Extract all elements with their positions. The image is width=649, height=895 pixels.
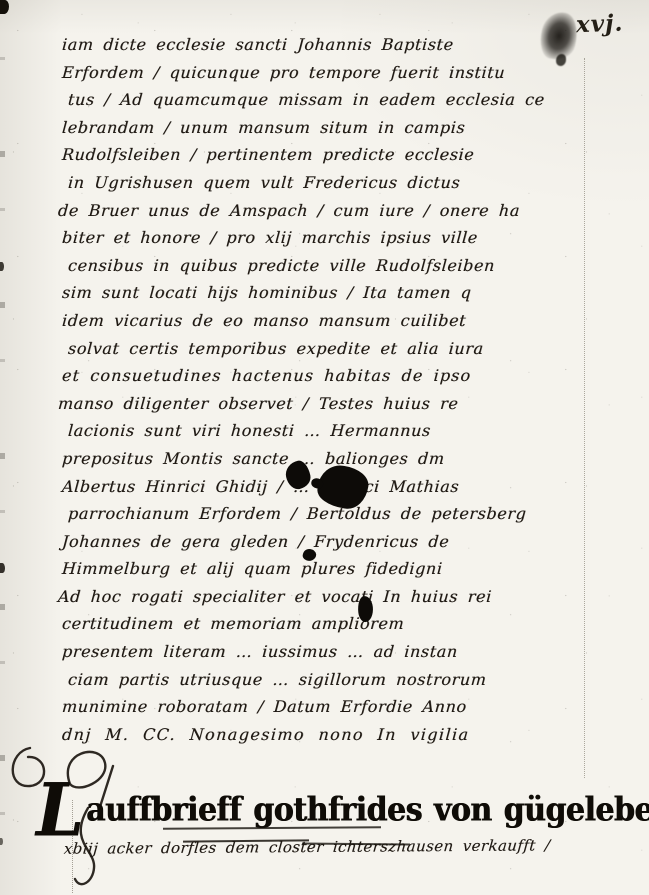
scan-edge-mark — [0, 262, 4, 271]
manuscript-line: tus / Ad quamcumque missam in eadem eccl… — [67, 86, 623, 114]
manuscript-line: ciam partis utriusque … sigillorum nostr… — [67, 666, 623, 694]
manuscript-line: presentem literam … iussimus … ad instan — [61, 638, 623, 666]
manuscript-line: Ad hoc rogati specialiter et vocati In h… — [57, 583, 623, 611]
scan-corner-mark — [0, 0, 9, 14]
manuscript-line: biter et honore / pro xlij marchis ipsiu… — [61, 224, 623, 252]
manuscript-line: sim sunt locati hijs hominibus / Ita tam… — [61, 279, 623, 307]
manuscript-line: Himmelburg et alij quam plures fidedigni — [61, 555, 623, 583]
manuscript-line: de Bruer unus de Amspach / cum iure / on… — [57, 197, 623, 225]
scan-edge-mark — [0, 838, 3, 845]
manuscript-line: manso diligenter observet / Testes huius… — [57, 390, 623, 418]
scan-edge-mark — [0, 563, 5, 573]
manuscript-line: lacionis sunt viri honesti … Hermannus — [67, 417, 623, 445]
manuscript-line: in Ugrishusen quem vult Fredericus dictu… — [67, 169, 623, 197]
manuscript-line: certitudinem et memoriam ampliorem — [61, 610, 623, 638]
manuscript-line: dnj M. CC. Nonagesimo nono In vigilia — [61, 721, 623, 749]
manuscript-line: et consuetudines hactenus habitas de ips… — [61, 362, 623, 390]
manuscript-line: Rudolfsleiben / pertinentem predicte ecc… — [61, 141, 623, 169]
manuscript-line: munimine roboratam / Datum Erfordie Anno — [61, 693, 623, 721]
manuscript-body: iam dicte ecclesie sancti Johannis Bapti… — [62, 31, 622, 748]
manuscript-line: solvat certis temporibus expedite et ali… — [67, 335, 623, 363]
manuscript-line: censibus in quibus predicte ville Rudolf… — [67, 252, 623, 280]
manuscript-line: Erfordem / quicunque pro tempore fuerit … — [61, 59, 623, 87]
scan-edge-left — [0, 0, 5, 895]
manuscript-line: iam dicte ecclesie sancti Johannis Bapti… — [61, 31, 623, 59]
manuscript-page: xvj. iam dicte ecclesie sancti Johannis … — [0, 0, 649, 895]
archival-title-subheading: xbiij acker dorfles dem closter ichtersz… — [63, 836, 565, 857]
manuscript-line: idem vicarius de eo manso mansum cuilibe… — [61, 307, 623, 335]
manuscript-line: lebrandam / unum mansum situm in campis — [61, 114, 623, 142]
manuscript-line: Johannes de gera gleden / Frydenricus de — [61, 528, 623, 556]
